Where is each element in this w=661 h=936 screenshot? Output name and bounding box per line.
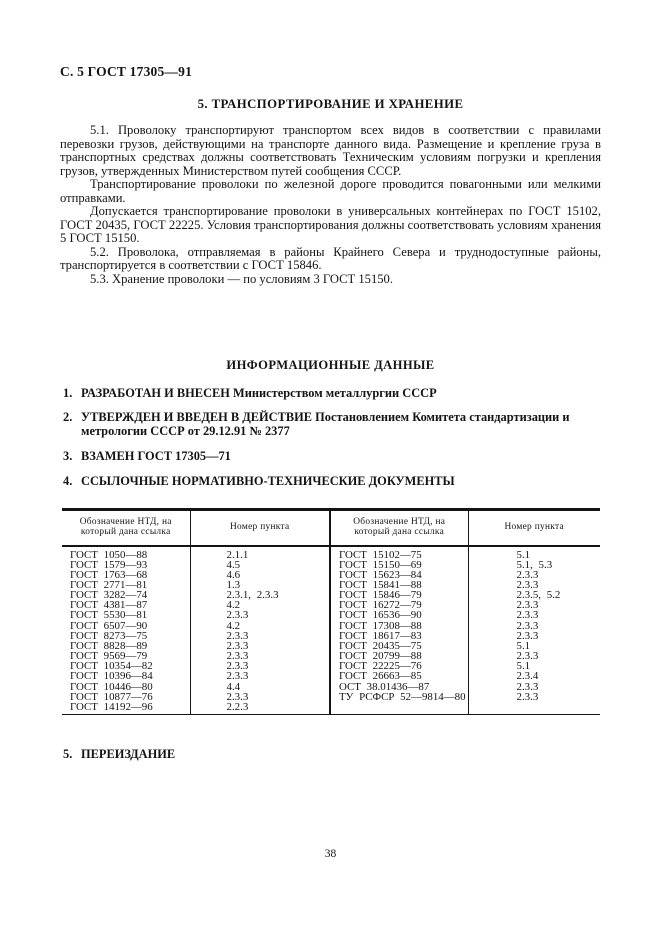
paragraph-5-3: 5.3. Хранение проволоки — по условиям 3 … (60, 273, 601, 287)
header-ntd-right: Обозначение НТД, на который дана ссылка (330, 509, 468, 546)
punkt-cell: 2.3.3 (468, 631, 600, 641)
section-body: 5.1. Проволоку транспортируют транспорто… (60, 124, 601, 287)
punkt-cell: 2.3.3 (190, 641, 330, 651)
ntd-cell (330, 702, 468, 715)
punkt-cell: 2.3.3 (468, 692, 600, 702)
punkt-cell: 4.6 (190, 570, 330, 580)
references-table-body: ГОСТ 1050—882.1.1ГОСТ 15102—755.1ГОСТ 15… (62, 546, 600, 715)
item-text: РАЗРАБОТАН И ВНЕСЕН Министерством металл… (81, 387, 601, 401)
paragraph-5-1: 5.1. Проволоку транспортируют транспорто… (60, 124, 601, 178)
paragraph-containers: Допускается транспортирование проволоки … (60, 205, 601, 246)
punkt-cell: 4.4 (190, 682, 330, 692)
punkt-cell: 2.3.3 (190, 631, 330, 641)
ntd-cell: ГОСТ 1050—88 (62, 546, 190, 560)
ntd-cell: ГОСТ 14192—96 (62, 702, 190, 715)
info-item-1: 1. РАЗРАБОТАН И ВНЕСЕН Министерством мет… (60, 387, 601, 401)
paragraph-5-2: 5.2. Проволока, отправляемая в районы Кр… (60, 246, 601, 273)
doc-header: С. 5 ГОСТ 17305—91 (60, 64, 601, 80)
header-punkt-right: Номер пункта (468, 509, 600, 546)
ntd-cell: ГОСТ 15102—75 (330, 546, 468, 560)
info-item-3: 3. ВЗАМЕН ГОСТ 17305—71 (60, 450, 601, 464)
info-data-title: ИНФОРМАЦИОННЫЕ ДАННЫЕ (60, 358, 601, 373)
punkt-cell: 4.2 (190, 600, 330, 610)
item-text: ПЕРЕИЗДАНИЕ (81, 748, 601, 762)
punkt-cell: 2.3.3 (190, 651, 330, 661)
item-number: 1. (63, 387, 81, 401)
references-table: Обозначение НТД, на который дана ссылка … (62, 508, 600, 716)
info-item-4: 4. ССЫЛОЧНЫЕ НОРМАТИВНО-ТЕХНИЧЕСКИЕ ДОКУ… (60, 475, 601, 489)
item-number: 4. (63, 475, 81, 489)
punkt-cell: 2.3.3 (190, 671, 330, 681)
punkt-cell: 4.5 (190, 560, 330, 570)
page-content: С. 5 ГОСТ 17305—91 5. ТРАНСПОРТИРОВАНИЕ … (60, 0, 601, 762)
item-number: 2. (63, 411, 81, 439)
paragraph-rail: Транспортирование проволоки по железной … (60, 178, 601, 205)
page-number: 38 (0, 848, 661, 860)
table-row: ГОСТ 14192—962.2.3 (62, 702, 600, 715)
punkt-cell: 4.2 (190, 621, 330, 631)
punkt-cell: 2.2.3 (190, 702, 330, 715)
item-text: ССЫЛОЧНЫЕ НОРМАТИВНО-ТЕХНИЧЕСКИЕ ДОКУМЕН… (81, 475, 601, 489)
punkt-cell: 2.3.3 (190, 692, 330, 702)
references-table-head: Обозначение НТД, на который дана ссылка … (62, 509, 600, 546)
item-text: УТВЕРЖДЕН И ВВЕДЕН В ДЕЙСТВИЕ Постановле… (81, 411, 601, 439)
header-punkt-left: Номер пункта (190, 509, 330, 546)
document-page: С. 5 ГОСТ 17305—91 5. ТРАНСПОРТИРОВАНИЕ … (0, 0, 661, 936)
punkt-cell: 2.3.1, 2.3.3 (190, 590, 330, 600)
info-item-5: 5. ПЕРЕИЗДАНИЕ (60, 748, 601, 762)
punkt-cell: 2.1.1 (190, 546, 330, 560)
section-title: 5. ТРАНСПОРТИРОВАНИЕ И ХРАНЕНИЕ (60, 97, 601, 112)
punkt-cell: 2.3.3 (190, 661, 330, 671)
punkt-cell (468, 702, 600, 715)
punkt-cell: 2.3.3 (468, 651, 600, 661)
info-item-2: 2. УТВЕРЖДЕН И ВВЕДЕН В ДЕЙСТВИЕ Постано… (60, 411, 601, 439)
header-ntd-left: Обозначение НТД, на который дана ссылка (62, 509, 190, 546)
table-row: ГОСТ 1050—882.1.1ГОСТ 15102—755.1 (62, 546, 600, 560)
item-text: ВЗАМЕН ГОСТ 17305—71 (81, 450, 601, 464)
punkt-cell: 2.3.3 (190, 610, 330, 620)
ntd-cell: ТУ РСФСР 52—9814—80 (330, 692, 468, 702)
punkt-cell: 5.1 (468, 546, 600, 560)
table-header-row: Обозначение НТД, на который дана ссылка … (62, 509, 600, 546)
item-number: 5. (63, 748, 81, 762)
item-number: 3. (63, 450, 81, 464)
